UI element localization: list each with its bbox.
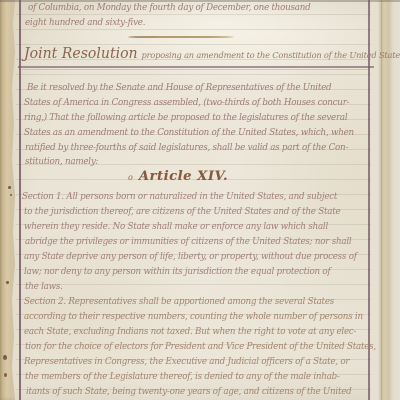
binding-hole [8, 186, 11, 189]
header-rule [18, 66, 374, 68]
manuscript-page: of Columbia, on Monday the fourth day of… [0, 0, 400, 400]
manuscript-line: the laws. [25, 281, 63, 294]
manuscript-line: eight hundred and sixty-five. [25, 17, 145, 30]
manuscript-line: Section 2. Representatives shall be appo… [24, 296, 334, 309]
article-heading: o Article XIV. [128, 169, 228, 184]
binding-hole [10, 194, 12, 196]
manuscript-line: States of America in Congress assembled,… [24, 97, 349, 110]
manuscript-line: wherein they reside. No State shall make… [24, 221, 328, 234]
manuscript-line: according to their respective numbers, c… [24, 311, 363, 324]
binding-hole [3, 355, 7, 360]
manuscript-line: any State deprive any person of life, li… [24, 251, 357, 264]
header-rule-echo [22, 69, 370, 70]
binding-hole [4, 373, 7, 377]
manuscript-line: to the jurisdiction thereof, are citizen… [24, 206, 340, 219]
manuscript-line: stitution, namely: [25, 156, 98, 169]
manuscript-line: ring,) That the following article be pro… [24, 112, 347, 125]
flourish-mark: o [128, 173, 133, 182]
divider-flourish [128, 36, 234, 38]
manuscript-line: Representatives in Congress, the Executi… [24, 356, 349, 369]
manuscript-line: ratified by three-fourths of said legisl… [25, 142, 348, 155]
manuscript-line: Section 1. All persons born or naturaliz… [22, 191, 337, 204]
binding-hole [6, 281, 9, 284]
manuscript-line: abridge the privileges or immunities of … [25, 236, 351, 249]
manuscript-line: itants of such State, being twenty-one y… [26, 386, 352, 399]
manuscript-line: States as an amendment to the Constituti… [24, 127, 354, 140]
manuscript-line: of Columbia, on Monday the fourth day of… [28, 2, 310, 15]
manuscript-line: the members of the Legislature thereof, … [25, 371, 340, 384]
page-torn-edge [0, 0, 16, 400]
title-text: proposing an amendment to the Constituti… [142, 51, 400, 61]
manuscript-line: Be it resolved by the Senate and House o… [27, 82, 331, 95]
left-margin-rule [19, 0, 21, 400]
manuscript-line: each State, excluding Indians not taxed.… [24, 326, 356, 339]
joint-resolution-title: Joint Resolution proposing an amendment … [24, 46, 400, 62]
title-emphasis: Joint Resolution [24, 46, 138, 62]
article-heading-text: Article XIV. [139, 169, 228, 184]
manuscript-line: law; nor deny to any person within its j… [24, 266, 330, 279]
manuscript-line: tion for the choice of electors for Pres… [25, 341, 376, 354]
